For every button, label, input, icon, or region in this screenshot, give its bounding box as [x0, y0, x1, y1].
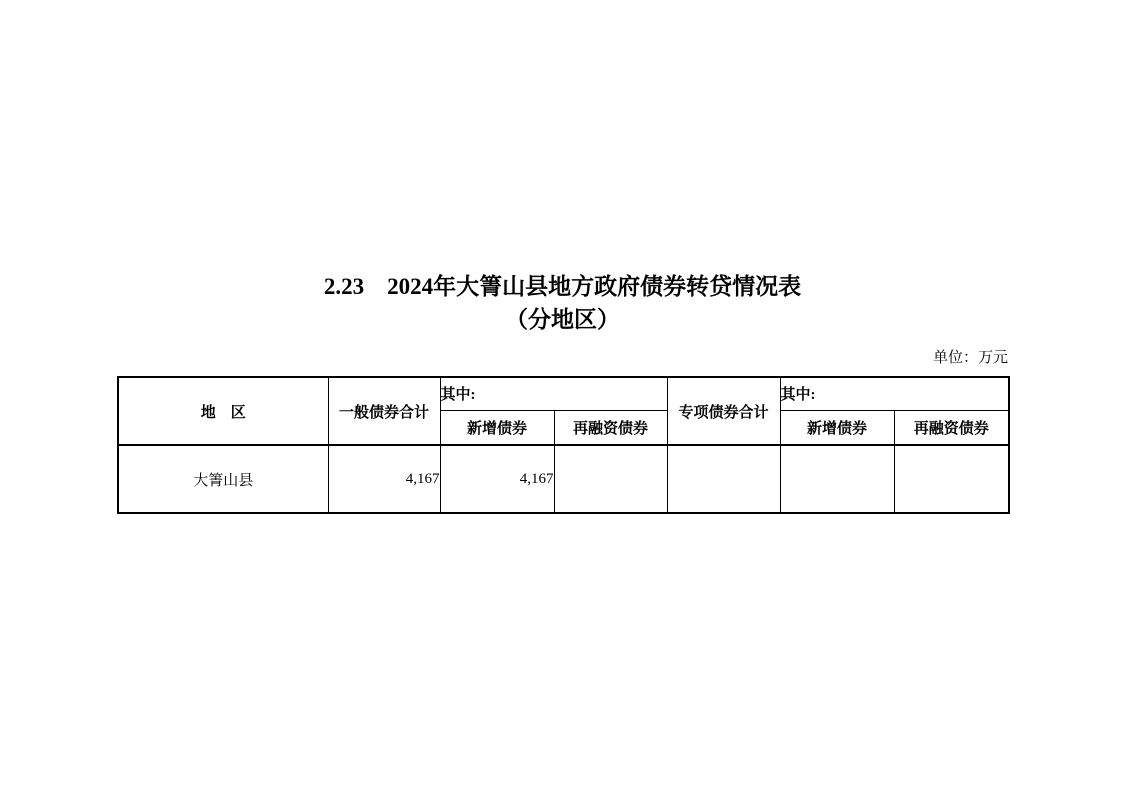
- header-general-of-which: 其中:: [440, 377, 667, 410]
- header-general-new-bonds: 新增债券: [440, 410, 554, 445]
- cell-special-new: [780, 445, 894, 513]
- header-general-total: 一般债券合计: [328, 377, 440, 445]
- cell-general-refinance: [554, 445, 667, 513]
- page-title-line1: 2.23 2024年大箐山县地方政府债券转贷情况表: [117, 270, 1008, 303]
- cell-general-new: 4,167: [440, 445, 554, 513]
- cell-special-refinance: [894, 445, 1009, 513]
- cell-region: 大箐山县: [118, 445, 328, 513]
- header-general-refinance-bonds: 再融资债券: [554, 410, 667, 445]
- page-title-line2: （分地区）: [117, 303, 1008, 336]
- header-special-total: 专项债券合计: [667, 377, 780, 445]
- table-row: 大箐山县 4,167 4,167: [118, 445, 1009, 513]
- header-special-of-which: 其中:: [780, 377, 1009, 410]
- bond-transfer-table: 地 区 一般债券合计 其中: 专项债券合计 其中: 新增债券 再融资债券 新增债…: [117, 376, 1010, 514]
- cell-general-total: 4,167: [328, 445, 440, 513]
- header-special-new-bonds: 新增债券: [780, 410, 894, 445]
- unit-label: 单位：万元: [117, 349, 1008, 367]
- page-title: 2.23 2024年大箐山县地方政府债券转贷情况表 （分地区）: [117, 270, 1008, 336]
- header-region: 地 区: [118, 377, 328, 445]
- document-page: 2.23 2024年大箐山县地方政府债券转贷情况表 （分地区） 单位：万元 地 …: [0, 0, 1122, 793]
- header-special-refinance-bonds: 再融资债券: [894, 410, 1009, 445]
- cell-special-total: [667, 445, 780, 513]
- header-row-top: 地 区 一般债券合计 其中: 专项债券合计 其中:: [118, 377, 1009, 410]
